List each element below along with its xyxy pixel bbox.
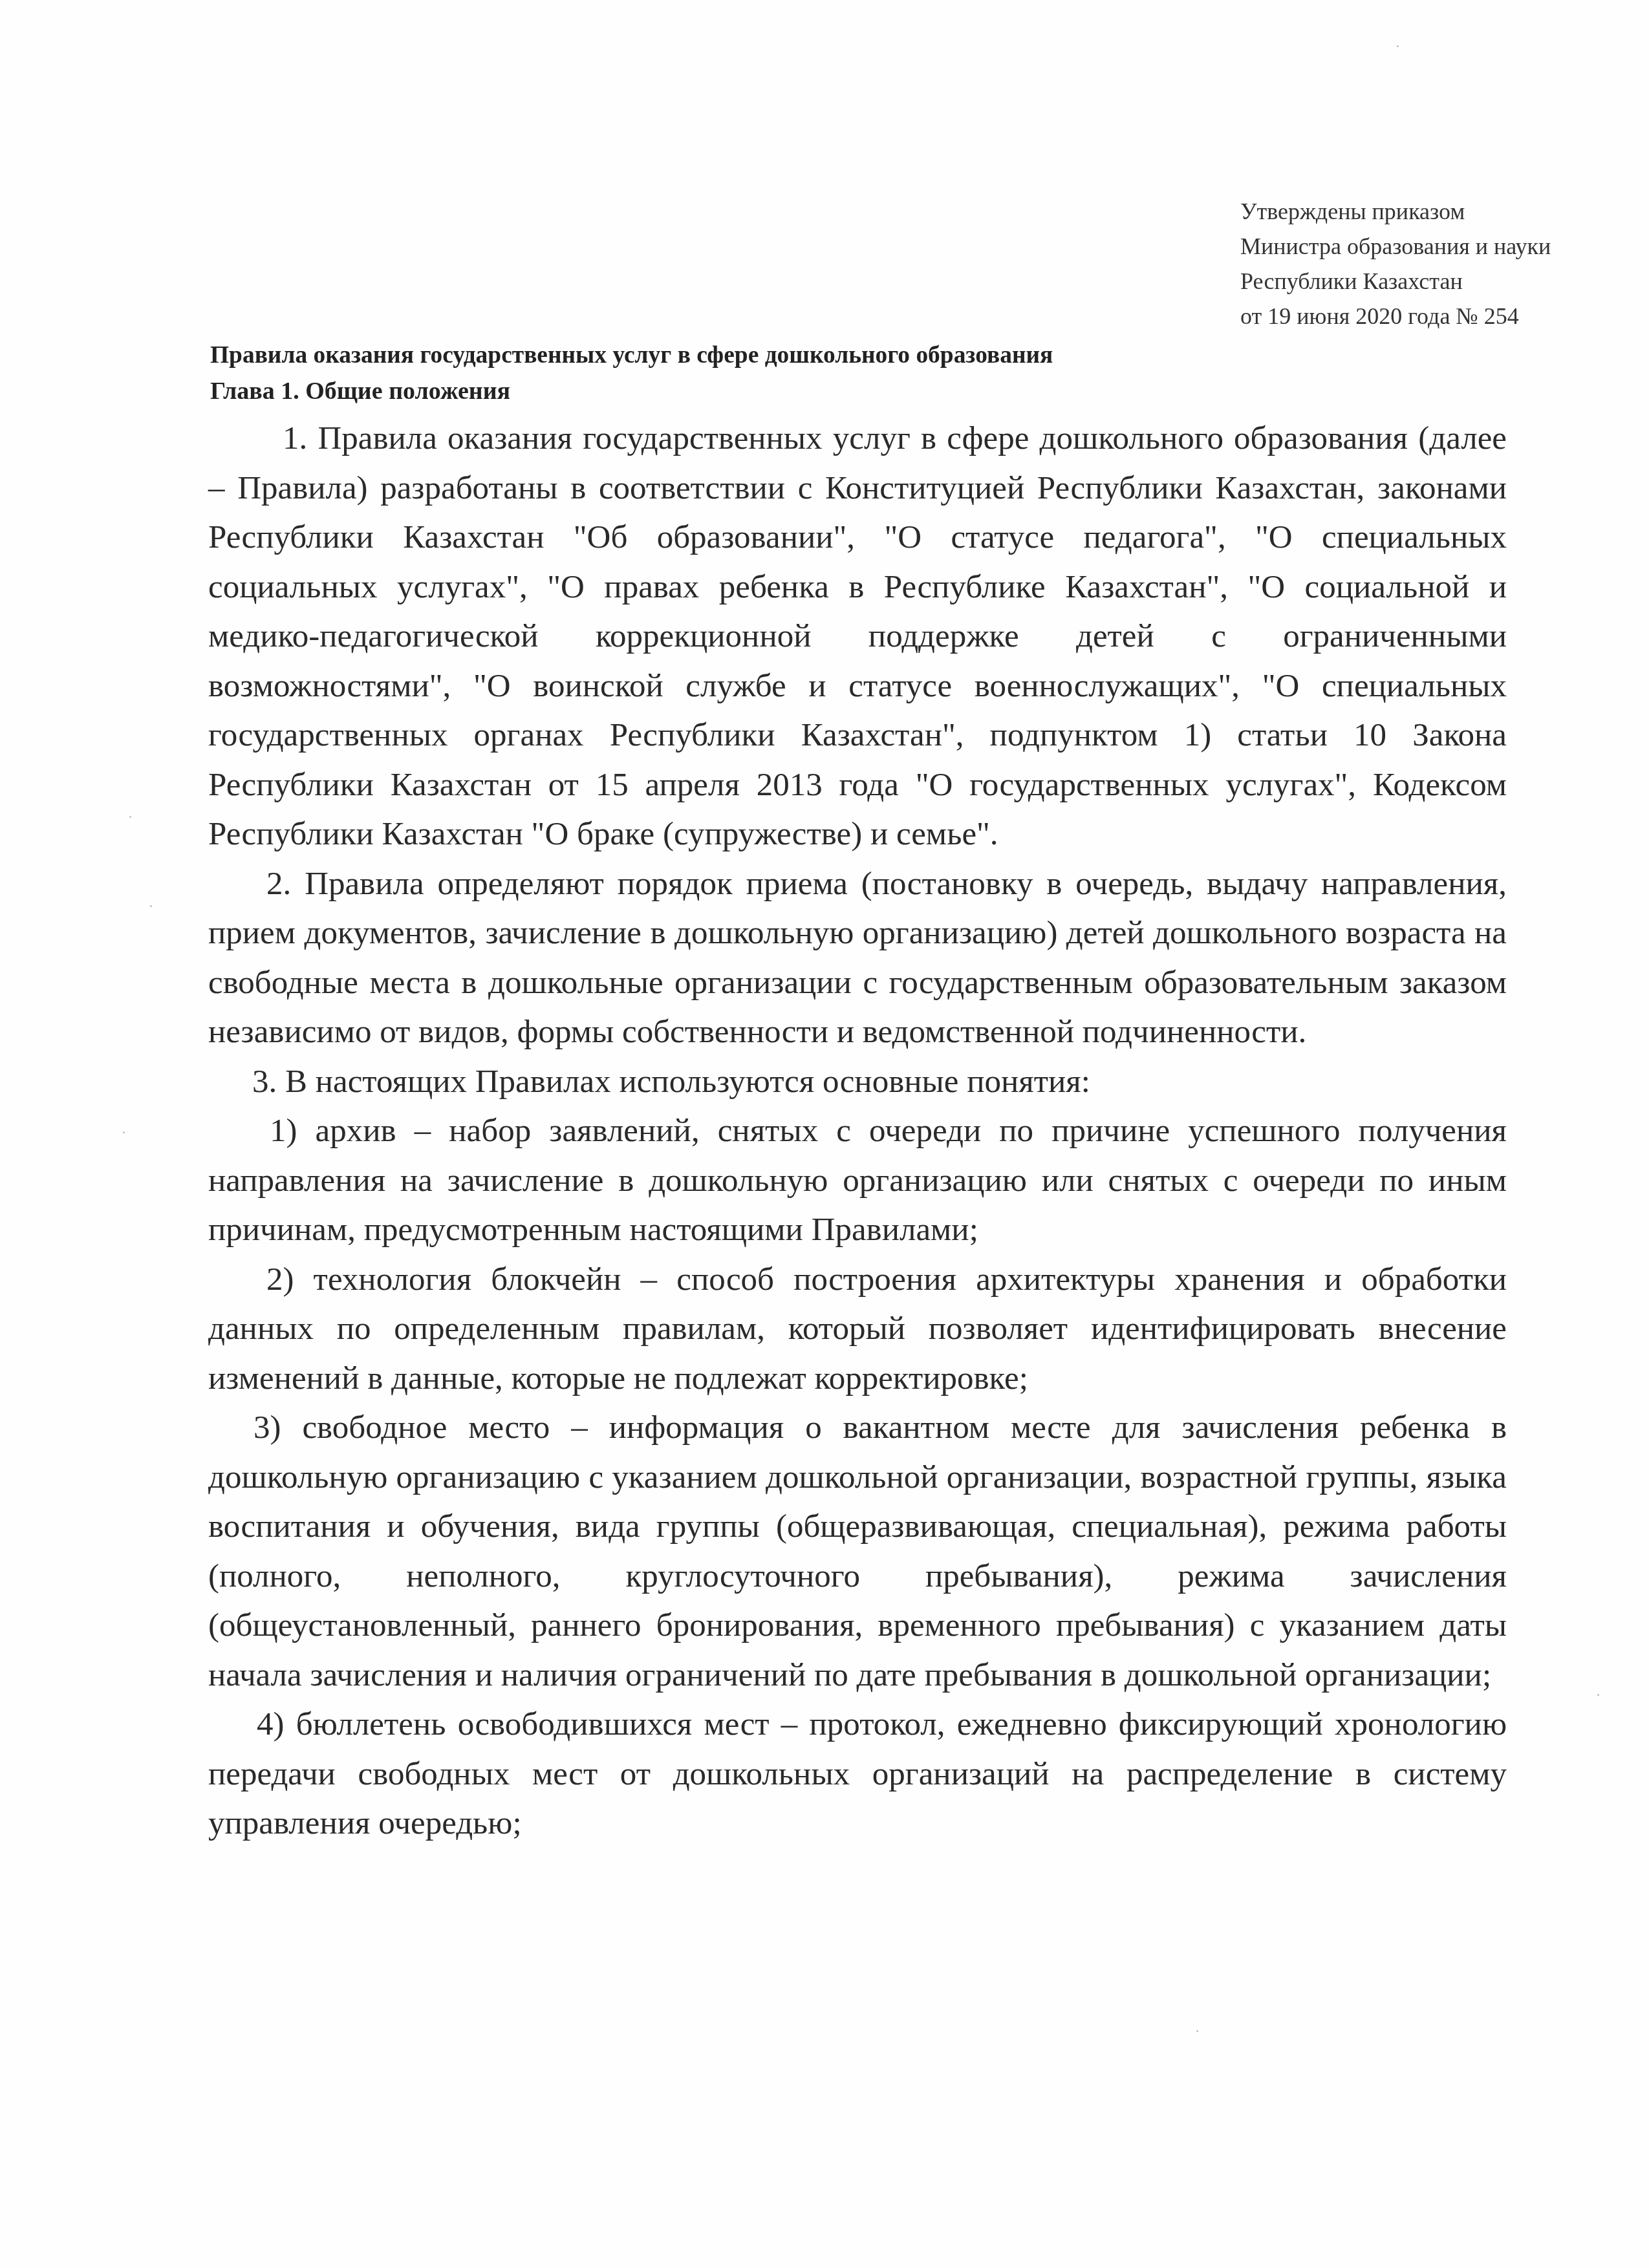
definition-3: 3) свободное место – информация о вакант… [208, 1403, 1507, 1700]
paragraph-1: 1. Правила оказания государственных услу… [208, 414, 1507, 859]
definition-2: 2) технология блокчейн – способ построен… [208, 1255, 1507, 1404]
definition-4: 4) бюллетень освободившихся мест – прото… [208, 1700, 1507, 1848]
chapter-heading: Глава 1. Общие положения [210, 374, 510, 409]
scan-speck [1397, 45, 1399, 47]
approval-line: Утверждены приказом [1240, 194, 1551, 229]
approval-line: от 19 июня 2020 года № 254 [1240, 299, 1551, 334]
document-page: Утверждены приказом Министра образования… [0, 0, 1649, 2268]
approval-block: Утверждены приказом Министра образования… [1240, 194, 1551, 334]
document-body: 1. Правила оказания государственных услу… [208, 414, 1507, 1848]
paragraph-2: 2. Правила определяют порядок приема (по… [208, 859, 1507, 1057]
definition-1: 1) архив – набор заявлений, снятых с оче… [208, 1106, 1507, 1255]
scan-speck [123, 1131, 125, 1133]
approval-line: Министра образования и науки [1240, 229, 1551, 264]
scan-speck [1597, 1694, 1599, 1696]
document-title: Правила оказания государственных услуг в… [210, 337, 1053, 372]
scan-speck [150, 905, 152, 907]
approval-line: Республики Казахстан [1240, 264, 1551, 299]
scan-speck [1196, 2030, 1198, 2032]
paragraph-3: 3. В настоящих Правилах используются осн… [208, 1057, 1507, 1107]
scan-speck [129, 816, 131, 818]
